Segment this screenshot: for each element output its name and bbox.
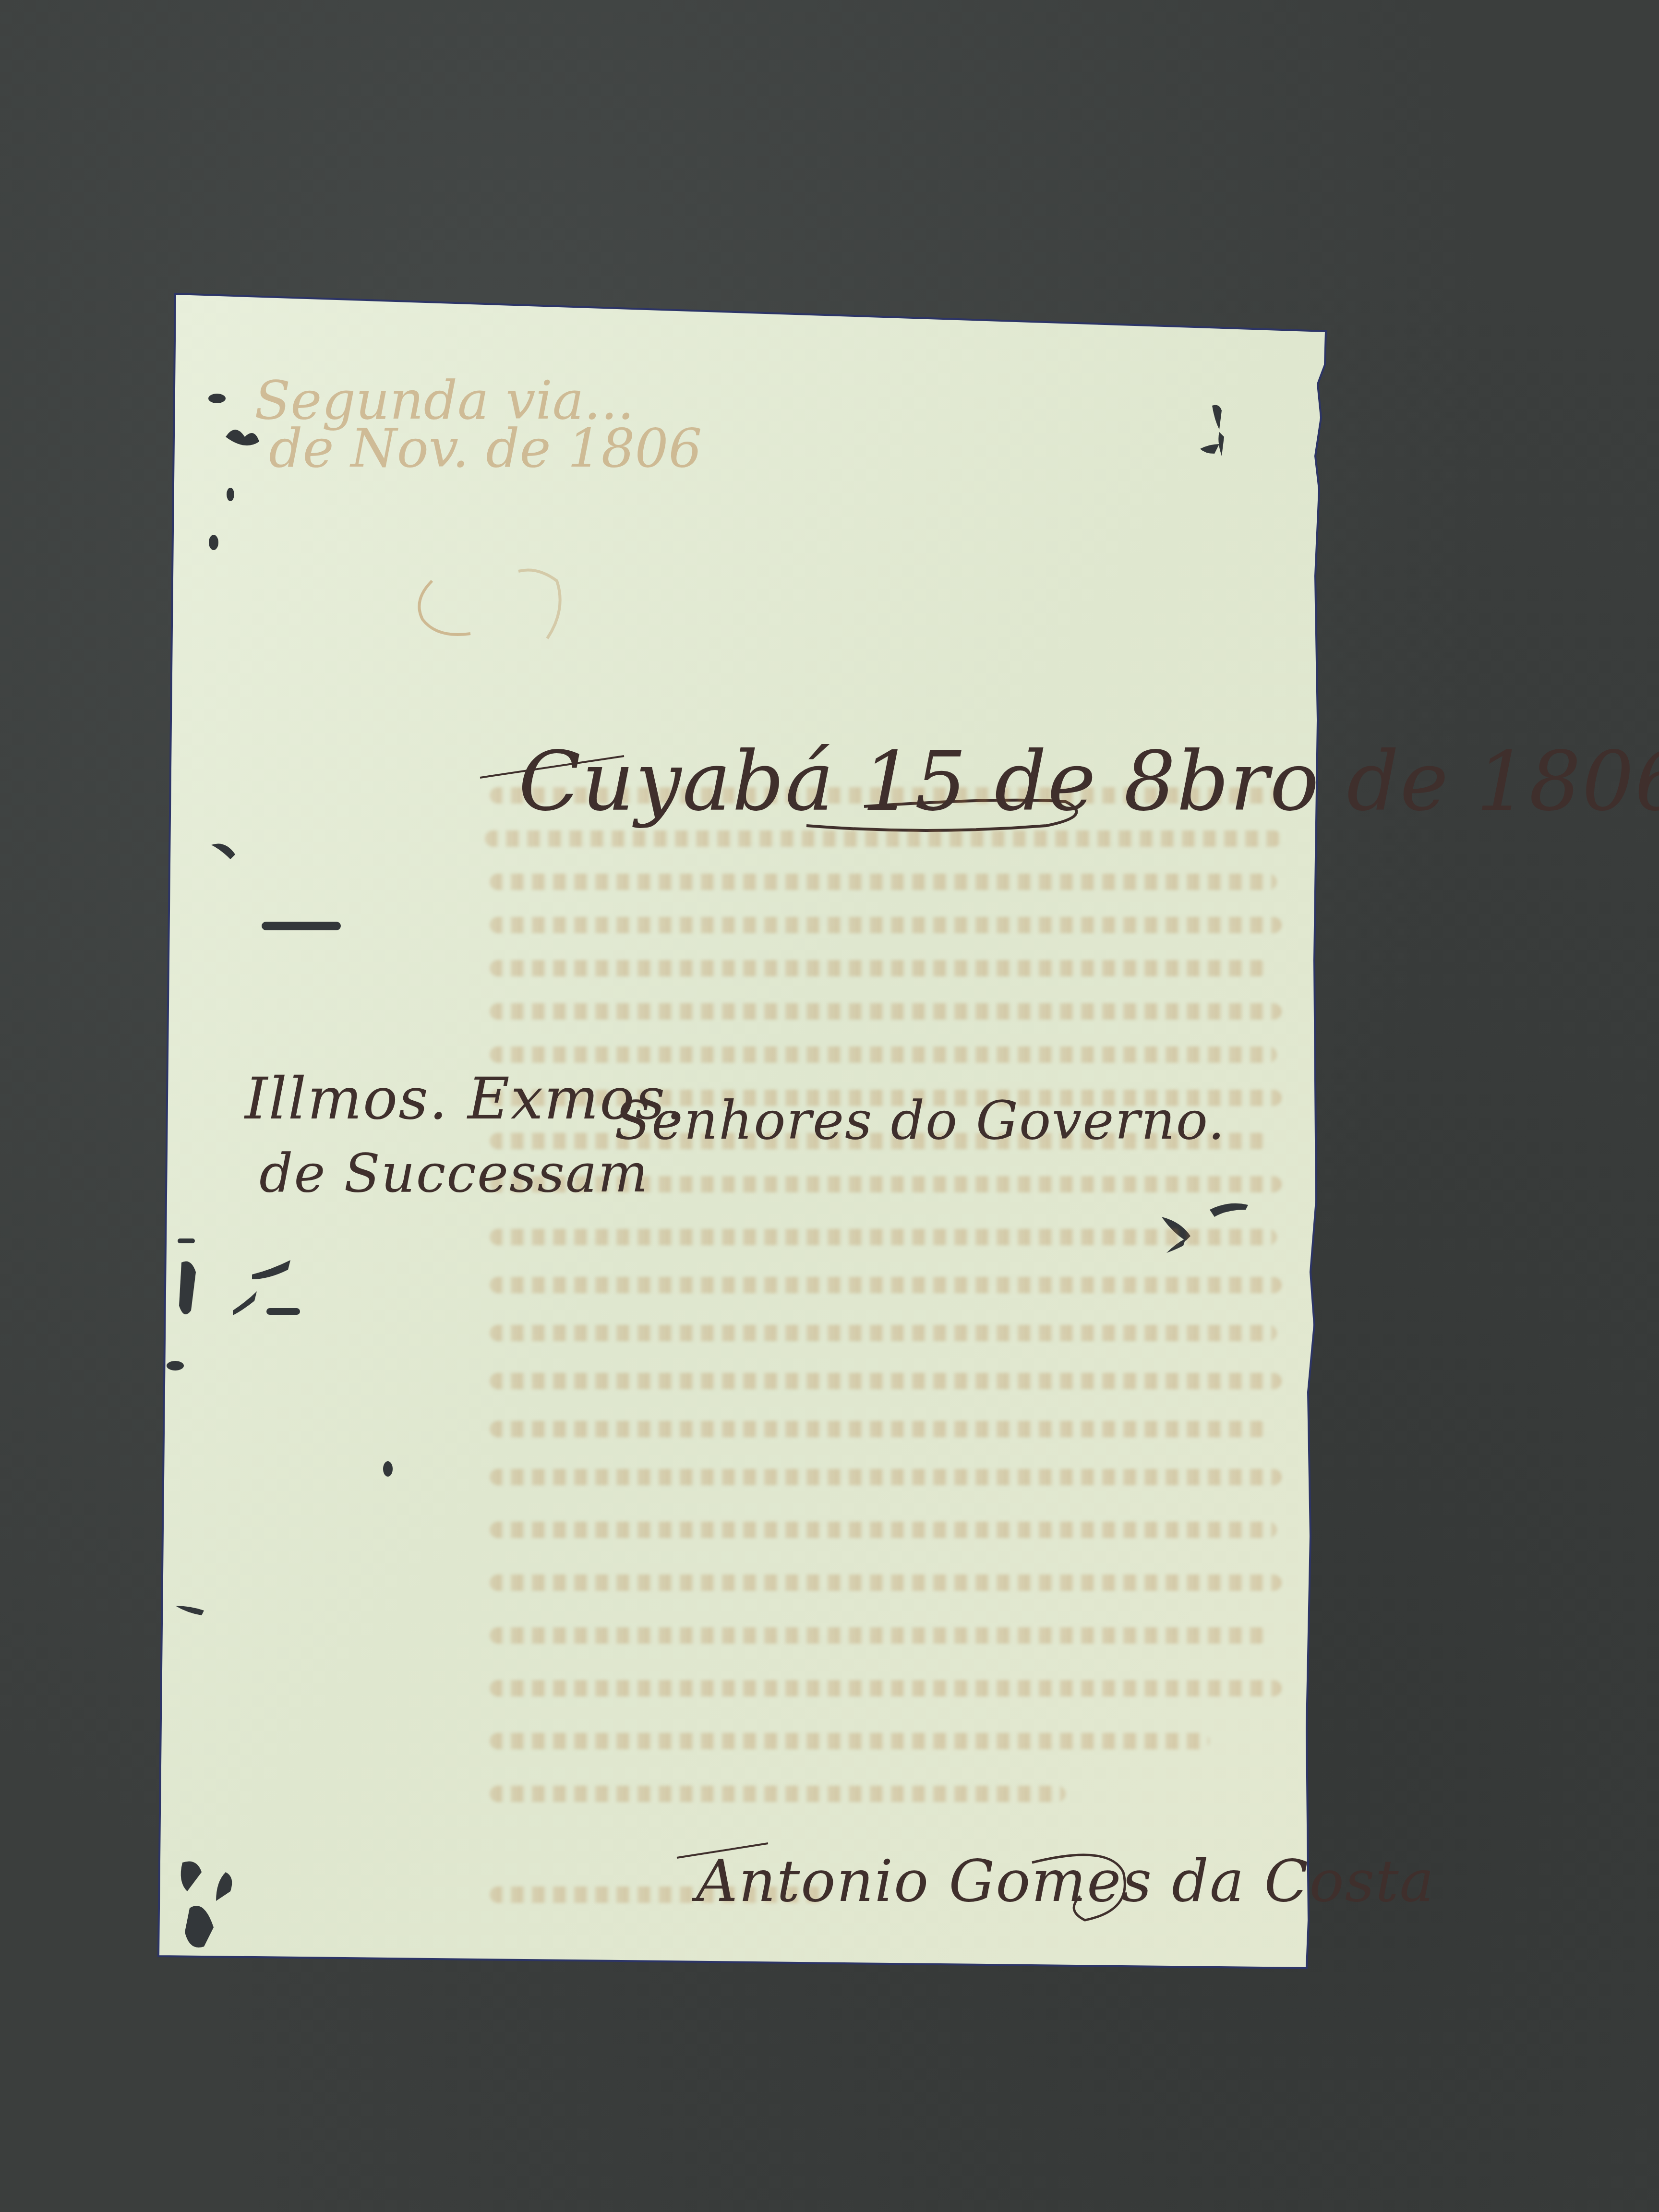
salutation-addressee: Senhores do Governo.	[614, 1090, 1226, 1151]
signature: Antonio Gomes da Costa	[696, 1848, 1435, 1915]
dateline: Cuyabá 15 de 8bro de 1806	[518, 734, 1659, 829]
docket-line-2: de Nov. de 1806	[269, 418, 702, 479]
salutation-line-2: de Successam	[259, 1142, 649, 1204]
manuscript-page: Segunda via... de Nov. de 1806 Cuyabá 15…	[0, 0, 1659, 2212]
